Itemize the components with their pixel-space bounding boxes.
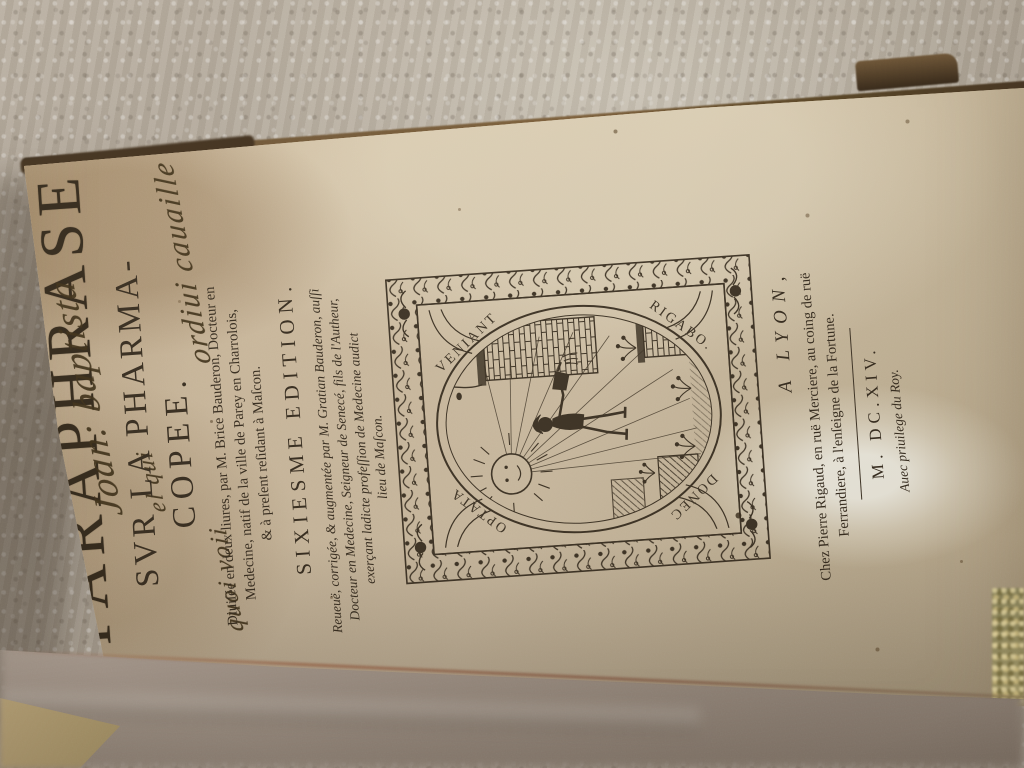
rotated-page-content: PARAPHRASE Joan: baptista ordiui cauaill… [21,85,1008,710]
motto-word: OPTATA [447,484,510,535]
printed-text-column: PARAPHRASE Joan: baptista ordiui cauaill… [21,85,1005,670]
printer-device-woodcut: OPTATA VENIANT DONEC RIGABO. [382,252,773,587]
photo-of-antique-book: PARAPHRASE Joan: baptista ordiui cauaill… [0,0,1024,768]
foxing-spots [210,420,213,423]
carpet-sliver [992,588,1024,706]
